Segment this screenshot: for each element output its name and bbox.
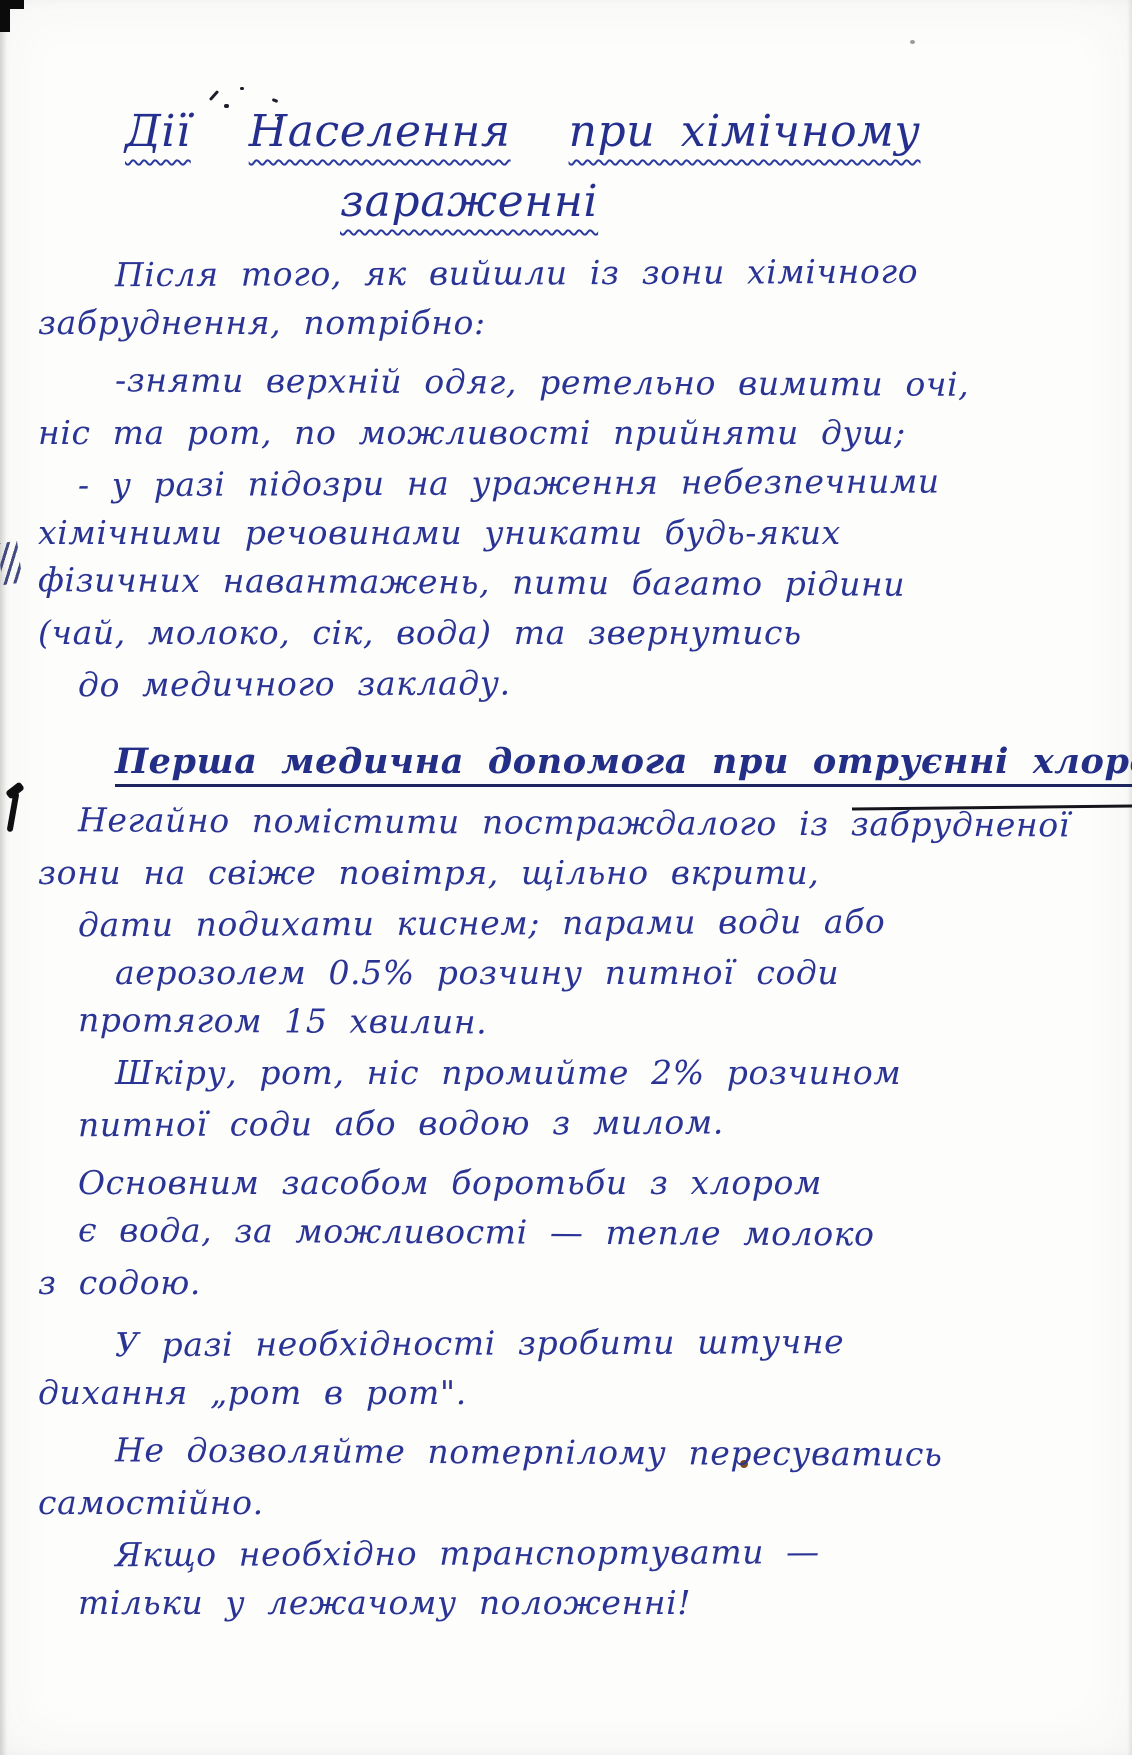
text-line: протягом 15 хвилин.: [78, 995, 1124, 1050]
text-line: Після того, як вийшли із зони хімічного: [115, 246, 1124, 300]
scan-edge-shadow-left: [0, 0, 7, 1755]
dust-speck: [910, 40, 915, 44]
text-line: хімічними речовинами уникати будь-яких: [38, 508, 1124, 558]
text-line: забруднення, потрібно:: [38, 298, 1124, 348]
document-title-line-1: ДіїНаселенняпри хімічному: [125, 100, 1124, 164]
text-line: -зняти верхній одяг, ретельно вимити очі…: [115, 355, 1124, 410]
text-line: питної соди або водою з милом.: [78, 1096, 1124, 1151]
text-line: самостійно.: [38, 1478, 1124, 1528]
title-word: Дії: [125, 100, 191, 164]
scan-artifact-corner: [0, 0, 24, 32]
scan-edge-shadow-right: [1127, 0, 1132, 1755]
ink-speck: [240, 87, 244, 90]
text-line: до медичного закладу.: [78, 656, 1124, 711]
text-lines: Після того, як вийшли із зони хімічногоз…: [30, 248, 1124, 1628]
text-line: Основним засобом боротьби з хлором: [78, 1158, 1124, 1208]
text-line: є вода, за можливості — тепле молоко: [78, 1205, 1124, 1260]
text-line: Шкіру, рот, ніс промийте 2% розчином: [115, 1048, 1124, 1098]
text-line: дихання „рот в рот".: [38, 1368, 1124, 1418]
text-line: У разі необхідності зробити штучне: [115, 1316, 1124, 1370]
text-line: Не дозволяйте потерпілому пересуватись: [115, 1425, 1124, 1480]
text-line: (чай, молоко, сік, вода) та звернутись: [38, 608, 1124, 658]
text-line: дати подихати киснем; парами води або: [78, 896, 1124, 951]
scanned-page: ДіїНаселенняпри хімічному зараженні Післ…: [0, 0, 1132, 1755]
margin-ink-mark: [2, 782, 28, 834]
text-line: - у разі підозри на ураження небезпечним…: [78, 456, 1124, 511]
text-line: Якщо необхідно транспортувати —: [115, 1526, 1124, 1580]
text-line: з содою.: [38, 1258, 1124, 1308]
text-line: Негайно помістити постраждалого із забру…: [78, 795, 1124, 850]
handwritten-content: ДіїНаселенняпри хімічному зараженні Післ…: [30, 100, 1124, 1628]
document-title-line-2: зараженні: [340, 170, 1124, 234]
section-heading: Перша медична допомога при отруєнні хлор…: [115, 732, 1124, 792]
text-line: зони на свіже повітря, щільно вкрити,: [38, 848, 1124, 898]
margin-ink-scribble: [0, 541, 23, 585]
title-word: при хімічному: [569, 100, 921, 164]
text-line: фізичних навантажень, пити багато рідини: [38, 555, 1124, 611]
text-line: тільки у лежачому положенні!: [78, 1578, 1124, 1628]
text-line: аерозолем 0.5% розчину питної соди: [115, 948, 1124, 998]
title-word: Населення: [249, 100, 511, 164]
text-line: ніс та рот, по можливості прийняти душ;: [38, 408, 1124, 458]
title-word: зараженні: [340, 170, 598, 234]
